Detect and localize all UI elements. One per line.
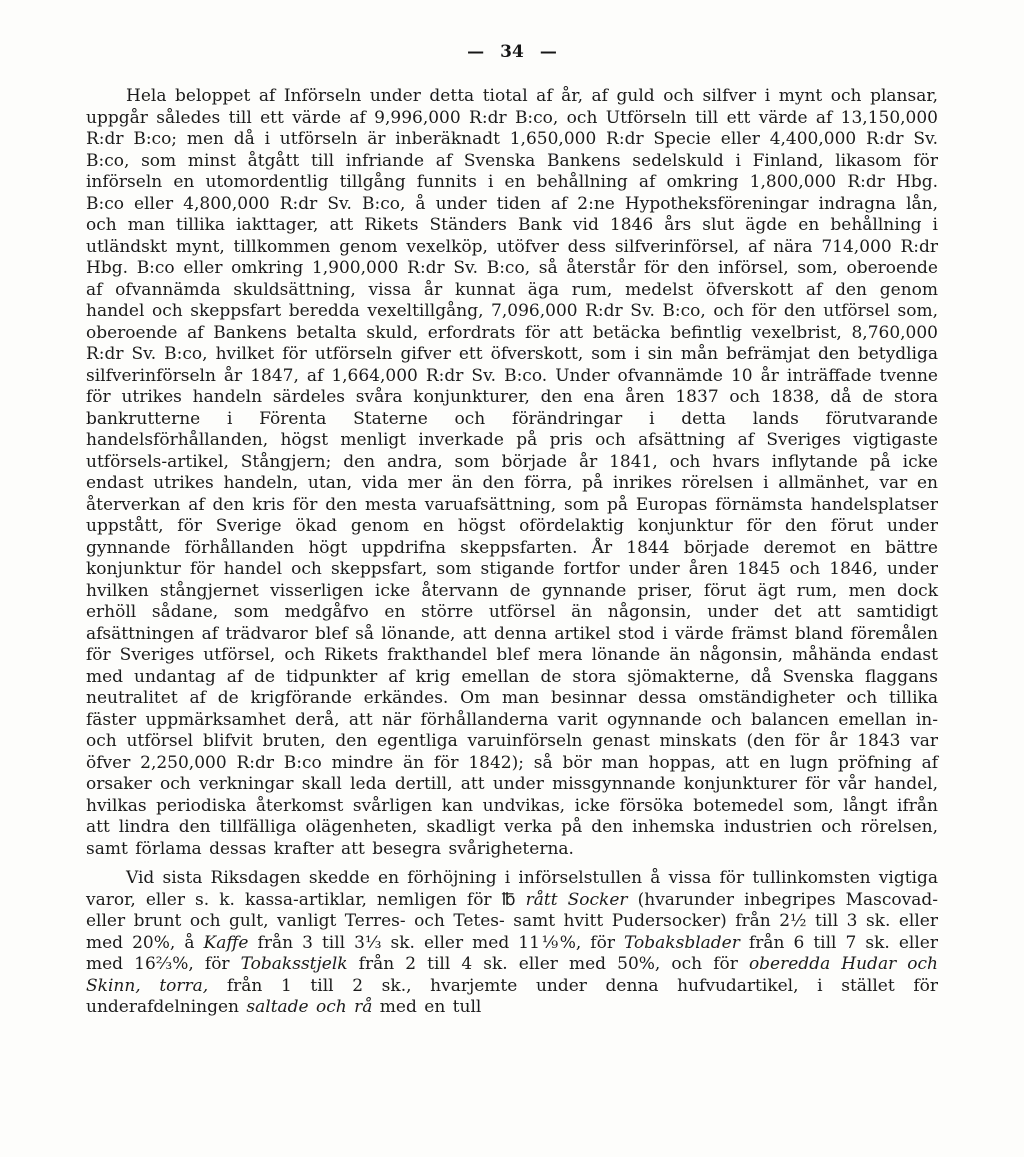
page-header: —34— <box>0 0 1024 62</box>
document-page: —34— Hela beloppet af Införseln under de… <box>0 0 1024 1157</box>
text-segment: från 3 till 3⅓ sk. eller med 11⅑%, för <box>249 933 625 953</box>
italic-text-segment: Kaffe <box>204 933 249 953</box>
italic-text-segment: rått Socker <box>526 890 628 910</box>
paragraph: Vid sista Riksdagen skedde en förhöjning… <box>86 868 938 1019</box>
italic-text-segment: Tobaksstjelk <box>241 954 348 974</box>
italic-text-segment: Tobaksblader <box>624 933 740 953</box>
paragraph: Hela beloppet af Införseln under detta t… <box>86 86 938 860</box>
header-dash-right: — <box>540 42 557 62</box>
document-body: Hela beloppet af Införseln under detta t… <box>86 86 938 1019</box>
page-number: 34 <box>500 42 524 62</box>
italic-text-segment: saltade och rå <box>246 997 372 1017</box>
header-dash-left: — <box>467 42 484 62</box>
text-segment: med en tull <box>372 997 481 1017</box>
text-segment: från 1 till 2 sk., hvarjemte under denna… <box>86 976 938 1018</box>
text-segment: Hela beloppet af Införseln under detta t… <box>86 86 938 859</box>
text-segment: från 2 till 4 sk. eller med 50%, och för <box>348 954 749 974</box>
